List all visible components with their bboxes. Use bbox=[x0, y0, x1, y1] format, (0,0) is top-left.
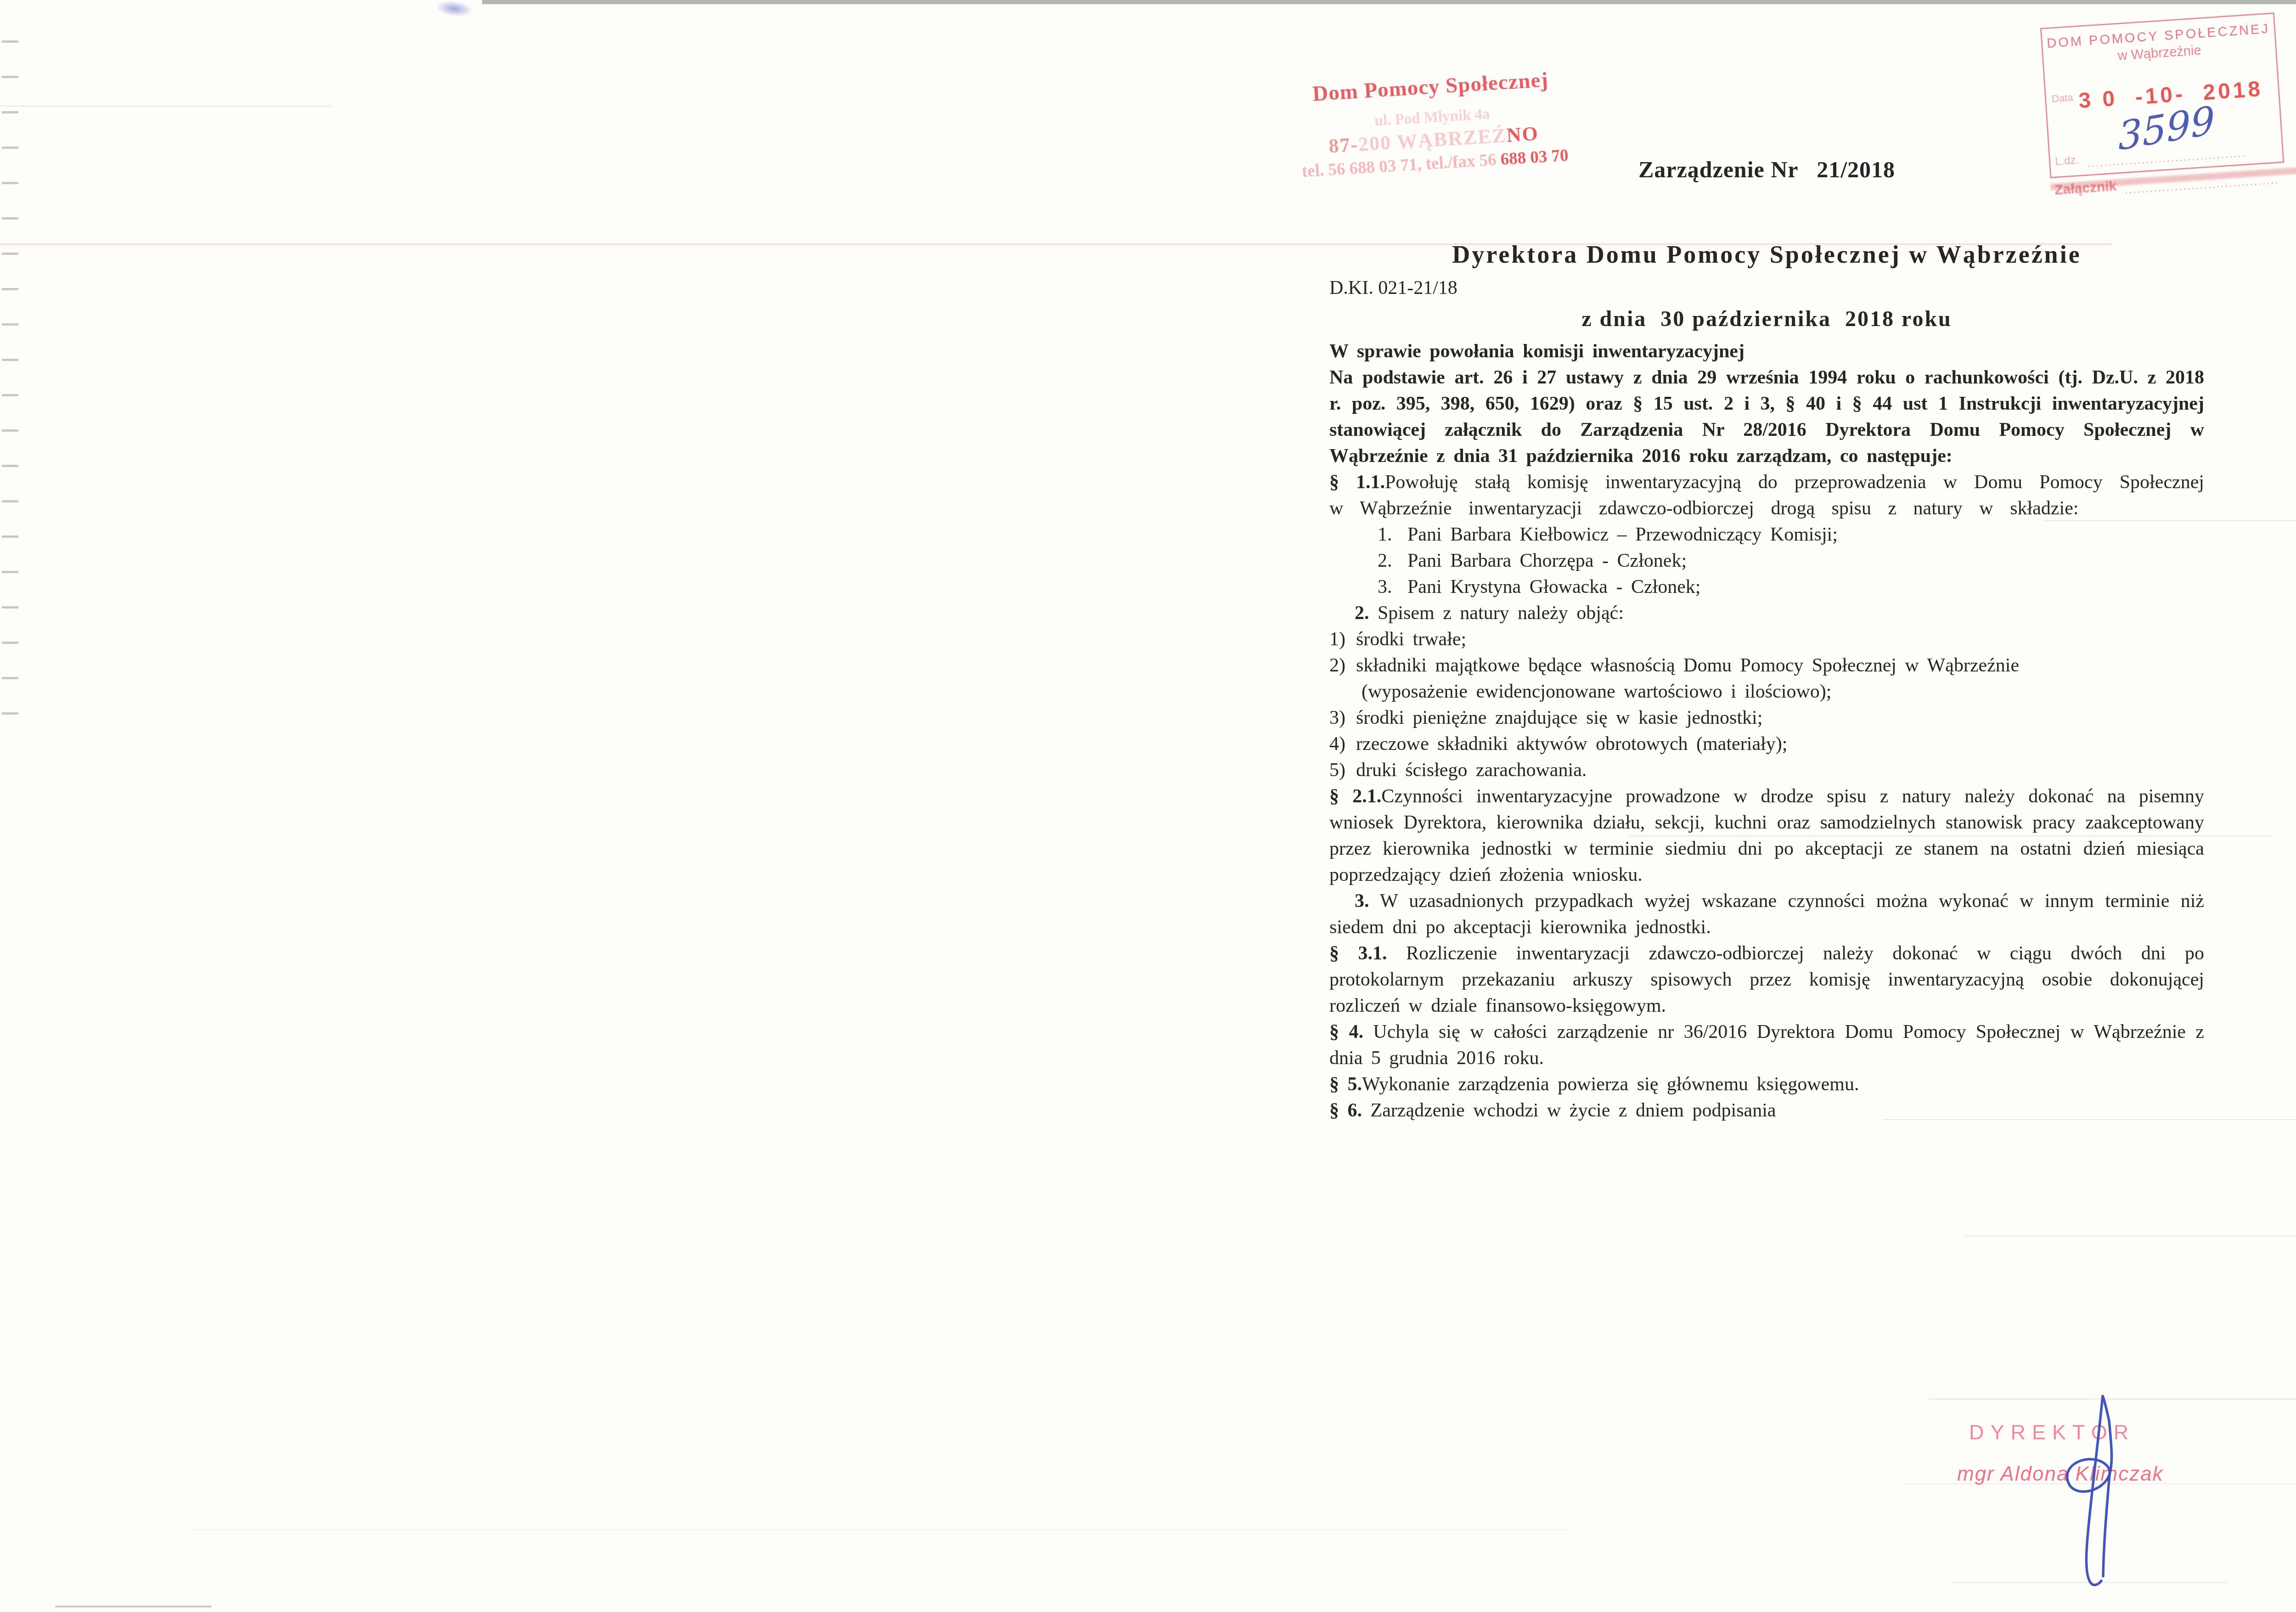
scope-item: 5)druki ścisłego zarachowania. bbox=[1329, 757, 2204, 783]
scope-item-continuation: (wyposażenie ewidencjonowane wartościowo… bbox=[1329, 679, 2204, 705]
document-subtitle: Dyrektora Domu Pomocy Społecznej w Wąbrz… bbox=[1329, 240, 2204, 269]
document-header: Zarządzenie Nr 21/2018 Dyrektora Domu Po… bbox=[1329, 139, 2204, 341]
inventory-scope-list: 1)środki trwałe; 2)składniki majątkowe b… bbox=[1329, 626, 2204, 783]
section-3-1-number: § 3.1. bbox=[1329, 943, 1387, 964]
section-4: § 4. Uchyla się w całości zarządzenie nr… bbox=[1329, 1019, 2204, 1071]
section-2-intro: 2. Spisem z natury należy objąć: bbox=[1329, 600, 2204, 626]
committee-member: 1.Pani Barbara Kiełbowicz – Przewodniczą… bbox=[1329, 522, 2204, 548]
section-2-1-number: § 2.1. bbox=[1329, 786, 1381, 807]
section-4-number: § 4. bbox=[1329, 1021, 1363, 1043]
section-5: § 5.Wykonanie zarządzenia powierza się g… bbox=[1329, 1071, 2204, 1098]
section-1-1: § 1.1.Powołuję stałą komisję inwentaryza… bbox=[1329, 469, 2204, 522]
section-5-number: § 5. bbox=[1329, 1074, 1362, 1095]
section-6: § 6. Zarządzenie wchodzi w życie z dniem… bbox=[1329, 1098, 2204, 1124]
section-3-number: 3. bbox=[1355, 891, 1369, 912]
scan-left-edge-marks bbox=[2, 40, 18, 720]
sender-stamp-org-name: Dom Pomocy Społecznej bbox=[1274, 65, 1587, 108]
scope-item: 2)składniki majątkowe będące własnością … bbox=[1329, 653, 2204, 679]
scanned-document-page: { "colors": { "stamp_red": "#de373e", "r… bbox=[0, 0, 2296, 1612]
scan-streak bbox=[0, 106, 331, 107]
section-3: 3. W uzasadnionych przypadkach wyżej wsk… bbox=[1329, 888, 2204, 941]
section-1-1-number: § 1.1. bbox=[1329, 472, 1385, 493]
scope-item: 1)środki trwałe; bbox=[1329, 626, 2204, 653]
section-2-number: 2. bbox=[1355, 603, 1369, 624]
handwritten-signature bbox=[2034, 1392, 2154, 1589]
scan-streak bbox=[55, 1606, 211, 1607]
scope-item: 4)rzeczowe składniki aktywów obrotowych … bbox=[1329, 731, 2204, 757]
scan-edge-shadow bbox=[482, 0, 2296, 4]
section-6-number: § 6. bbox=[1329, 1100, 1362, 1121]
document-date-line: z dnia 30 października 2018 roku bbox=[1329, 306, 2204, 333]
committee-member: 2.Pani Barbara Chorzępa - Członek; bbox=[1329, 548, 2204, 574]
subject-line: W sprawie powołania komisji inwentaryzac… bbox=[1329, 338, 2204, 365]
document-reference-number: D.KI. 021-21/18 bbox=[1329, 277, 1458, 299]
section-2-1: § 2.1.Czynności inwentaryzacyjne prowadz… bbox=[1329, 783, 2204, 888]
signature-block: DYREKTOR mgr Aldona Klimczak bbox=[1947, 1417, 2232, 1612]
section-3-1: § 3.1. Rozliczenie inwentaryzacji zdawcz… bbox=[1329, 941, 2204, 1019]
document-title: Zarządzenie Nr 21/2018 bbox=[1329, 156, 2204, 183]
committee-list: 1.Pani Barbara Kiełbowicz – Przewodniczą… bbox=[1329, 522, 2204, 600]
scope-item: 3)środki pieniężne znajdujące się w kasi… bbox=[1329, 705, 2204, 731]
document-body: W sprawie powołania komisji inwentaryzac… bbox=[1329, 338, 2204, 1124]
ink-smudge bbox=[434, 0, 474, 19]
scan-streak bbox=[1965, 1235, 2296, 1236]
legal-basis-paragraph: Na podstawie art. 26 i 27 ustawy z dnia … bbox=[1329, 365, 2204, 469]
committee-member: 3.Pani Krystyna Głowacka - Członek; bbox=[1329, 574, 2204, 600]
scan-streak bbox=[193, 1529, 1570, 1530]
date-label: Data bbox=[2051, 92, 2073, 105]
